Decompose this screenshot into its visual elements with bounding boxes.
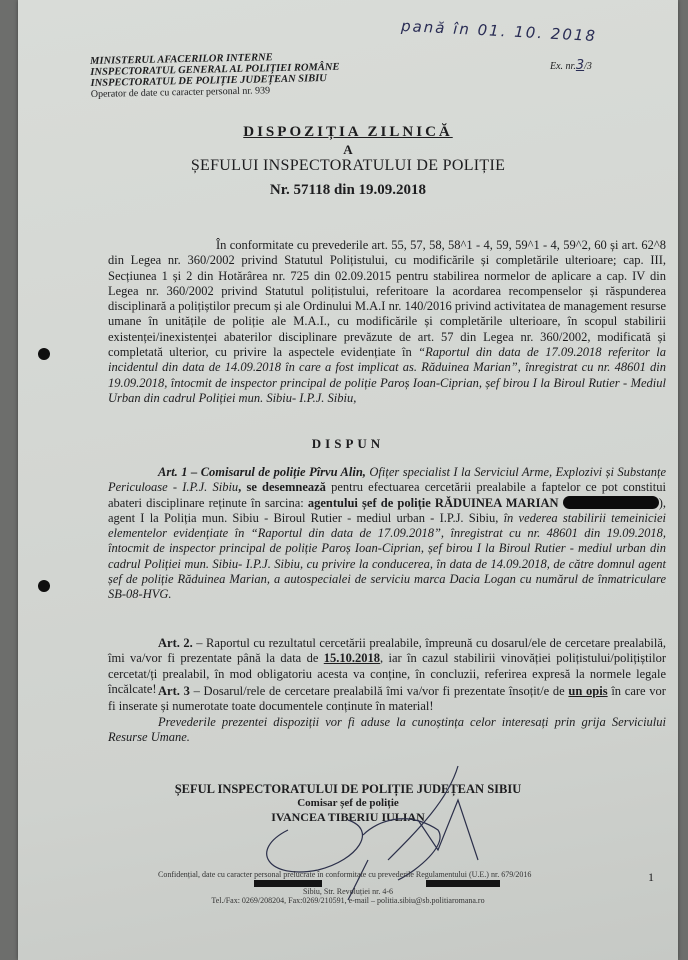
- dispun-heading: DISPUN: [18, 436, 678, 452]
- page-number: 1: [648, 870, 654, 885]
- footer-address: Sibiu, Str. Revoluției nr. 4-6: [18, 887, 678, 896]
- confidentiality-note: Confidențial, date cu caracter personal …: [158, 870, 531, 879]
- handwritten-note: pană în 01. 10. 2018: [401, 17, 598, 45]
- footer-contact: Tel./Fax: 0269/208204, Fax:0269/210591, …: [18, 896, 678, 905]
- document-page: MINISTERUL AFACERILOR INTERNE INSPECTORA…: [18, 0, 678, 960]
- title-a: A: [18, 142, 678, 158]
- redaction-bar: [426, 880, 500, 887]
- document-title: DISPOZIȚIA ZILNICĂ: [18, 124, 678, 141]
- issuer-title: ȘEFULUI INSPECTORATULUI DE POLIȚIE: [18, 157, 678, 175]
- preamble-paragraph: În conformitate cu prevederile art. 55, …: [108, 238, 666, 406]
- document-number: Nr. 57118 din 19.09.2018: [18, 182, 678, 199]
- punch-hole: [38, 580, 50, 592]
- closing-paragraph: Prevederile prezentei dispoziții vor fi …: [108, 715, 666, 746]
- signature-title: ȘEFUL INSPECTORATULUI DE POLIȚIE JUDEȚEA…: [18, 782, 678, 797]
- punch-hole: [38, 348, 50, 360]
- redaction-bar: [563, 496, 659, 509]
- letterhead: MINISTERUL AFACERILOR INTERNE INSPECTORA…: [90, 51, 340, 100]
- article-3: Art. 3 – Dosarul/rele de cercetare preal…: [108, 684, 666, 715]
- signature-rank: Comisar șef de poliție: [18, 797, 678, 809]
- signature-name: IVANCEA TIBERIU IULIAN: [18, 810, 678, 825]
- redaction-bar: [254, 880, 322, 887]
- article-1: Art. 1 – Comisarul de poliție Pîrvu Alin…: [108, 465, 666, 603]
- copy-number: Ex. nr.3/3: [550, 58, 592, 73]
